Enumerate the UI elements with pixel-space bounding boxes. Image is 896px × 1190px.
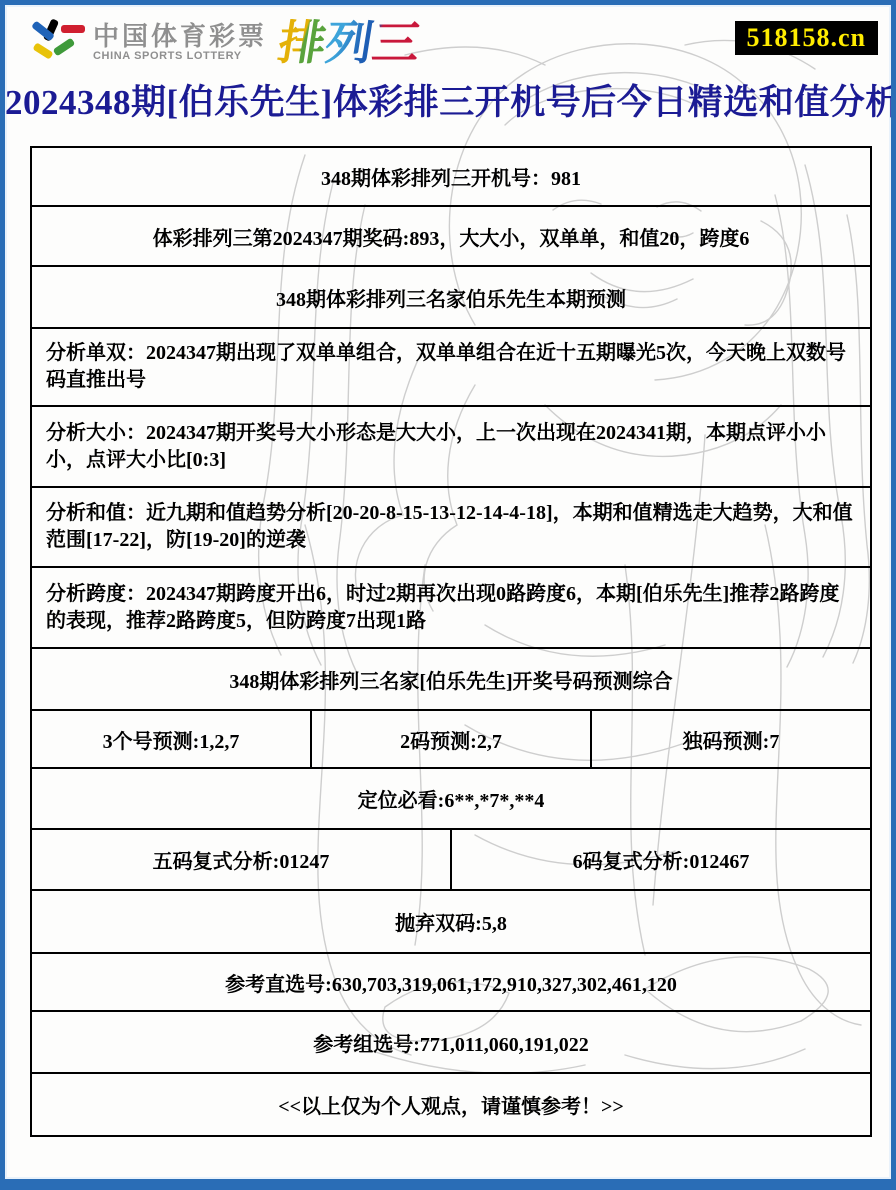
positioning-text: 定位必看:6**,*7*,**4: [358, 784, 545, 813]
machine-number-text: 348期体彩排列三开机号：981: [321, 162, 581, 191]
three-number-pick-cell: 3个号预测:1,2,7: [32, 711, 312, 767]
page: 中国体育彩票 CHINA SPORTS LOTTERY 排 列 三 518158…: [0, 0, 896, 1190]
complex-picks-row: 五码复式分析:01247 6码复式分析:012467: [30, 828, 872, 891]
site-url-badge[interactable]: 518158.cn: [735, 21, 879, 55]
sports-lottery-icon: [25, 17, 87, 67]
page-title: 2024348期[伯乐先生]体彩排三开机号后今日精选和值分析: [5, 75, 891, 125]
single-number-pick-cell: 独码预测:7: [592, 711, 870, 767]
brand-name-en: CHINA SPORTS LOTTERY: [93, 50, 267, 62]
brand-name-cn: 中国体育彩票: [93, 22, 267, 50]
two-number-pick-text: 2码预测:2,7: [400, 725, 502, 754]
disclaimer-row: <<以上仅为个人观点，请谨慎参考！>>: [30, 1072, 872, 1137]
machine-number-row: 348期体彩排列三开机号：981: [30, 146, 872, 207]
positioning-row: 定位必看:6**,*7*,**4: [30, 767, 872, 830]
last-draw-row: 体彩排列三第2024347期奖码:893，大大小，双单单，和值20，跨度6: [30, 205, 872, 267]
six-code-complex-text: 6码复式分析:012467: [573, 845, 750, 874]
single-number-pick-text: 独码预测:7: [683, 725, 780, 754]
direct-reference-row: 参考直选号:630,703,319,061,172,910,327,302,46…: [30, 952, 872, 1012]
forecast-header-row: 348期体彩排列三名家[伯乐先生]开奖号码预测综合: [30, 647, 872, 711]
three-number-pick-text: 3个号预测:1,2,7: [103, 725, 240, 754]
discard-pair-row: 抛弃双码:5,8: [30, 889, 872, 954]
forecast-header-text: 348期体彩排列三名家[伯乐先生]开奖号码预测综合: [229, 665, 672, 694]
analysis-danshuang-text: 分析单双：2024347期出现了双单单组合，双单单组合在近十五期曝光5次，今天晚…: [46, 340, 856, 394]
direct-reference-text: 参考直选号:630,703,319,061,172,910,327,302,46…: [225, 968, 677, 997]
product-char: 列: [322, 19, 376, 66]
analysis-hezhi-text: 分析和值：近九期和值趋势分析[20-20-8-15-13-12-14-4-18]…: [46, 500, 856, 554]
analysis-daxiao-row: 分析大小：2024347期开奖号大小形态是大大小，上一次出现在2024341期，…: [30, 405, 872, 488]
header: 中国体育彩票 CHINA SPORTS LOTTERY 排 列 三 518158…: [5, 5, 891, 67]
analysis-kuadu-row: 分析跨度：2024347期跨度开出6，时过2期再次出现0路跨度6，本期[伯乐先生…: [30, 566, 872, 649]
product-char: 排: [275, 19, 329, 66]
last-draw-text: 体彩排列三第2024347期奖码:893，大大小，双单单，和值20，跨度6: [153, 222, 750, 251]
group-reference-text: 参考组选号:771,011,060,191,022: [313, 1028, 589, 1057]
discard-pair-text: 抛弃双码:5,8: [395, 907, 507, 936]
product-char: 三: [369, 19, 423, 66]
analysis-sheet: 348期体彩排列三开机号：981 体彩排列三第2024347期奖码:893，大大…: [30, 146, 872, 1137]
disclaimer-text: <<以上仅为个人观点，请谨慎参考！>>: [278, 1090, 624, 1119]
expert-header-text: 348期体彩排列三名家伯乐先生本期预测: [276, 283, 626, 312]
brand-text: 中国体育彩票 CHINA SPORTS LOTTERY: [93, 22, 267, 62]
expert-header-row: 348期体彩排列三名家伯乐先生本期预测: [30, 265, 872, 329]
six-code-complex-cell: 6码复式分析:012467: [452, 830, 870, 889]
two-number-pick-cell: 2码预测:2,7: [312, 711, 592, 767]
number-picks-row: 3个号预测:1,2,7 2码预测:2,7 独码预测:7: [30, 709, 872, 769]
group-reference-row: 参考组选号:771,011,060,191,022: [30, 1010, 872, 1074]
product-name-pailie3: 排 列 三: [275, 19, 423, 66]
analysis-daxiao-text: 分析大小：2024347期开奖号大小形态是大大小，上一次出现在2024341期，…: [46, 420, 856, 474]
analysis-danshuang-row: 分析单双：2024347期出现了双单单组合，双单单组合在近十五期曝光5次，今天晚…: [30, 327, 872, 407]
analysis-hezhi-row: 分析和值：近九期和值趋势分析[20-20-8-15-13-12-14-4-18]…: [30, 486, 872, 568]
five-code-complex-cell: 五码复式分析:01247: [32, 830, 452, 889]
analysis-kuadu-text: 分析跨度：2024347期跨度开出6，时过2期再次出现0路跨度6，本期[伯乐先生…: [46, 581, 856, 635]
five-code-complex-text: 五码复式分析:01247: [153, 845, 330, 874]
